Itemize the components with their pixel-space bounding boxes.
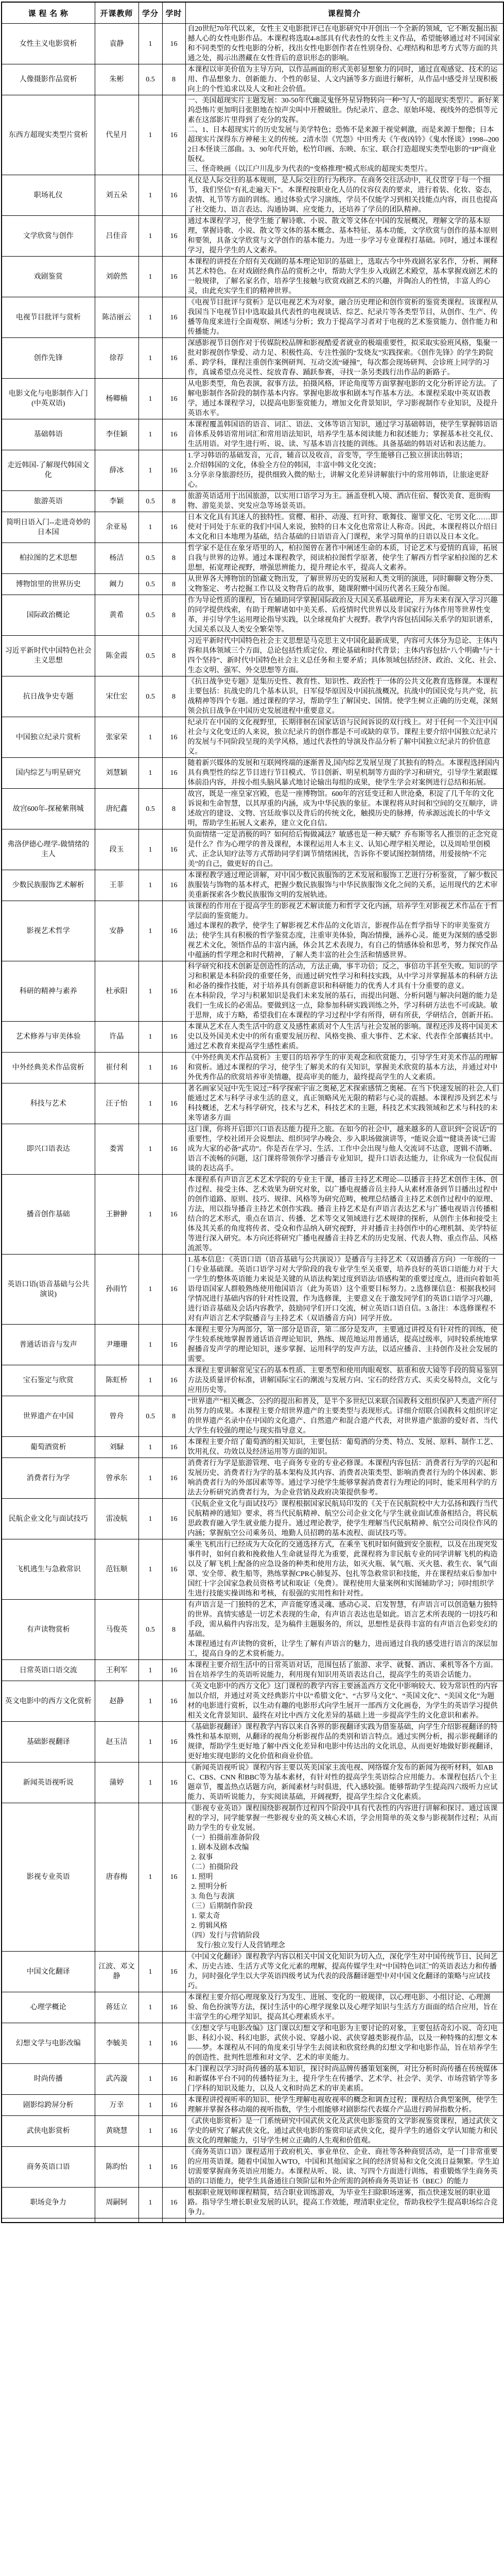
description-cell: 从世界各大博物馆的馆藏文物出发，了解世界历史的发展和人类文明的演进，同时聊聊文物… xyxy=(185,574,503,595)
teacher-cell: 汪子怡 xyxy=(95,1083,138,1124)
hours-cell: 16 xyxy=(162,2064,185,2095)
hours-cell: 16 xyxy=(162,2023,185,2064)
credits-cell: 1 xyxy=(138,961,162,1022)
course-name-cell: 电视节目批评与赏析 xyxy=(2,297,95,338)
credits-cell: 1 xyxy=(138,512,162,543)
teacher-cell: 刘騄 xyxy=(95,1437,138,1458)
hours-cell: 16 xyxy=(162,2147,185,2188)
course-catalog-page: 课 程 名 称 开课教师 学分 学时 课程简介 女性主义电影赏析袁静116自20… xyxy=(0,2,504,2223)
credits-cell: 0.5 xyxy=(138,676,162,717)
course-name-cell: 简明日语入门--走进奇妙的日本国 xyxy=(2,512,95,543)
course-row: 职场礼仪刘五朵116礼仪是人际交往的基本规则，是人际交往的行为秩序。在商务交往活… xyxy=(2,175,503,216)
course-name-cell: 基础韩语 xyxy=(2,419,95,450)
course-name-cell: 人像摄影作品赏析 xyxy=(2,64,95,95)
course-row: 中国文化翻译江波、邓文静116《中国文化翻译》课程教学内容以相关中国文化知识为切… xyxy=(2,1952,503,1992)
hours-cell: 8 xyxy=(162,1600,185,1660)
credits-cell: 1 xyxy=(138,1952,162,1992)
teacher-cell: 赵玉洁 xyxy=(95,1722,138,1762)
hours-cell: 16 xyxy=(162,1437,185,1458)
course-name-cell: 英文电影中的西方文化赏析 xyxy=(2,1681,95,1722)
teacher-cell: 刘五朵 xyxy=(95,175,138,216)
course-name-cell: 东西方超现实类型片赏析 xyxy=(2,95,95,175)
description-cell: 故宫，既是一座皇家宫殿，也是一座博物馆。600年的宫廷变迁和人世沧桑，积淀了几千… xyxy=(185,789,503,829)
course-name-cell: 商务英语口语 xyxy=(2,2147,95,2188)
description-cell: 从电影类型，角色表演，叙事方法，拍摄风格，评论角度等方面掌握电影的文化分析评论方… xyxy=(185,379,503,419)
course-name-cell: 英语口语(语音基础与公共演说) xyxy=(2,1255,95,1325)
description-cell: 《电视节目批评与赏析》是以电视艺术为对象，融合历史理论和创作赏析的鉴赏类课程。该… xyxy=(185,297,503,338)
course-name-cell: 飞机逃生与急救常识 xyxy=(2,1539,95,1600)
hours-cell: 16 xyxy=(162,1053,185,1083)
description-cell: 《影视专业英语》课程围绕影视制作过程四个阶段中具有代表性的内容进行讲解和探讨。通… xyxy=(185,1803,503,1952)
hours-cell: 16 xyxy=(162,512,185,543)
description-cell: 根据职业规划师课程精简，结合职业训练游戏，为毕业生扫除职场迷雾，指点快速发展的职… xyxy=(185,2188,503,2218)
course-name-cell: 走近韩国-了解现代韩国文化 xyxy=(2,450,95,491)
description-cell: 礼仪是人际交往的基本规则，是人际交往的行为秩序。在商务交往活动中，礼仪贯穿于每一… xyxy=(185,175,503,216)
course-row: 柏拉图的艺术思想杨洁0.58哲学家不是住在象牙塔里的人，柏拉图曾在著作中阐述生命… xyxy=(2,543,503,574)
course-name-cell: 科研的精神与素养 xyxy=(2,961,95,1022)
course-row: 消费者行为学曾承东116消费者行为学是旅游管理、电子商务专业的专业必修课。本课程… xyxy=(2,1458,503,1499)
course-row: 葡萄酒赏析刘騄116本课程主要介绍了葡萄酒的相关知识，主要包括：葡萄酒的分类、特… xyxy=(2,1437,503,1458)
hours-cell: 16 xyxy=(162,1539,185,1600)
credits-cell: 1 xyxy=(138,1803,162,1952)
hours-cell: 16 xyxy=(162,829,185,870)
teacher-cell: 尹珊珊 xyxy=(95,1325,138,1365)
course-name-cell: 普通话语音与发声 xyxy=(2,1325,95,1365)
credits-cell: 1 xyxy=(138,1437,162,1458)
course-name-cell: 基础影视翻译 xyxy=(2,1722,95,1762)
hours-cell: 16 xyxy=(162,961,185,1022)
course-row: 基础影视翻译赵玉洁116《基础影视翻译》课程教学内容以来自各界的影视翻译实践为借… xyxy=(2,1722,503,1762)
teacher-cell: 薛冰 xyxy=(95,450,138,491)
credits-cell: 0.5 xyxy=(138,1600,162,1660)
hours-cell: 8 xyxy=(162,543,185,574)
credits-cell: 1 xyxy=(138,1992,162,2023)
teacher-cell: 陈昀怡 xyxy=(95,2147,138,2188)
course-row: 习近平新时代中国特色社会主义思想陈金霞0.58习近平新时代中国特色社会主义思想是… xyxy=(2,636,503,676)
credits-cell: 1 xyxy=(138,1762,162,1803)
header-teacher: 开课教师 xyxy=(95,2,138,24)
credits-cell: 1 xyxy=(138,257,162,297)
course-row: 影视艺术哲学安静116该课程的作用在于提高学生的影视艺术解读能力和哲学文化内涵，… xyxy=(2,901,503,961)
teacher-cell: 王利军 xyxy=(95,1660,138,1681)
credits-cell: 1 xyxy=(138,758,162,789)
credits-cell: 1 xyxy=(138,1124,162,1175)
description-cell: 《商务英语口语》课程适用于政府机关、事业单位、企业、商社等各种商贸活动，是一门非… xyxy=(185,2147,503,2188)
course-name-cell: 艺术修养与审美体验 xyxy=(2,1022,95,1053)
teacher-cell: 曾承东 xyxy=(95,1458,138,1499)
credits-cell: 1 xyxy=(138,717,162,758)
description-cell: 本课程系有声语言艺术艺术学院的专业主干课，播音主持艺术理论—以播音主持艺术创作主… xyxy=(185,1175,503,1255)
hours-cell: 8 xyxy=(162,595,185,636)
course-row: 电视节目批评与赏析陈洁丽云116《电视节目批评与赏析》是以电视艺术为对象，融合历… xyxy=(2,297,503,338)
description-cell: 科学研究和技术创新是创造性的活动，方法正确，事半功倍；反之，事倍功半甚至失败。知… xyxy=(185,961,503,1022)
description-cell: 本课程的讲授在介绍有关戏剧的基本理论知识的基础上，选取古今中外戏剧名家名作，分析… xyxy=(185,257,503,297)
hours-cell: 16 xyxy=(162,1365,185,1396)
course-row: 心理学概论蒋廷立116本课程主要介绍心理现象及行为发生、进展、变化的一般规律，以… xyxy=(2,1992,503,2023)
hours-cell: 16 xyxy=(162,1803,185,1952)
credits-cell: 1 xyxy=(138,2064,162,2095)
course-name-cell: 戏剧鉴赏 xyxy=(2,257,95,297)
credits-cell: 1 xyxy=(138,2116,162,2147)
hours-cell: 16 xyxy=(162,175,185,216)
teacher-cell: 宋仕宏 xyxy=(95,676,138,717)
teacher-cell: 陈虹桥 xyxy=(95,1365,138,1396)
course-row: 世界遗产在中国曾舟0.58“世界遗产”相关概念、公约的提出和普及，是半个多世纪以… xyxy=(2,1396,503,1437)
course-row: 民航企业文化与面试技巧雷凌航116《民航企业文化与面试技巧》课程根据国家民航局印… xyxy=(2,1499,503,1539)
description-cell: 本课程主要讲解常见宝石的基本性质、主要类型和使用肉眼观察、掂重和放大镜等手段的简… xyxy=(185,1365,503,1396)
description-cell: 有声语言是一门独特的艺术，声音能穿透灵魂、感动心灵、启发智慧，有声语言可以创造魅… xyxy=(185,1600,503,1660)
hours-cell: 8 xyxy=(162,789,185,829)
teacher-cell: 唐纪鑫 xyxy=(95,789,138,829)
course-name-cell: 心理学概论 xyxy=(2,1992,95,2023)
course-row: 人像摄影作品赏析朱彬0.58本课程以审美价值为主导方向，以作品画面的形式美彰显想… xyxy=(2,64,503,95)
teacher-cell: 万幸 xyxy=(95,2095,138,2116)
hours-cell: 8 xyxy=(162,636,185,676)
description-cell: 本课程主要介绍了葡萄酒的相关知识，主要包括：葡萄酒的分类、特点、发展、原料、制作… xyxy=(185,1437,503,1458)
hours-cell: 16 xyxy=(162,257,185,297)
description-cell: 乘坐飞机出行已经成为大众化的交通选择方式，在乘坐飞机时如何做到安全旅程，以及在出… xyxy=(185,1539,503,1600)
teacher-cell: 余亚易 xyxy=(95,512,138,543)
teacher-cell: 杨卿楠 xyxy=(95,379,138,419)
course-row: 日常英语口语交流王利军116本课程主要介绍生活中的日常英语对话，范围包括了旅游、… xyxy=(2,1660,503,1681)
description-cell: 作为导论性质的课程，旨在辅助同学掌握国际政治及大国关系基础理论，并为未来有深入学… xyxy=(185,595,503,636)
course-name-cell: 博物馆里的世界历史 xyxy=(2,574,95,595)
hours-cell: 16 xyxy=(162,2095,185,2116)
course-row: 有声读物赏析马俊英0.58有声语言是一门独特的艺术，声音能穿透灵魂、感动心灵、启… xyxy=(2,1600,503,1660)
course-row: 宝石鉴定与欣赏陈虹桥116本课程主要讲解常见宝石的基本性质、主要类型和使用肉眼观… xyxy=(2,1365,503,1396)
course-name-cell: 影视专业英语 xyxy=(2,1803,95,1952)
hours-cell: 16 xyxy=(162,870,185,901)
credits-cell: 1 xyxy=(138,1083,162,1124)
hours-cell: 16 xyxy=(162,450,185,491)
empty-cell xyxy=(138,2218,162,2223)
course-row: 抗日战争史专题宋仕宏0.58《抗日战争史专题》是集历史性、教育性、知识性、政治性… xyxy=(2,676,503,717)
course-name-cell: 即兴口语表达 xyxy=(2,1124,95,1175)
credits-cell: 1 xyxy=(138,1722,162,1762)
course-row: 英文电影中的西方文化赏析赵静116《英文电影中的西方文化》这门课程的教学内容主要… xyxy=(2,1681,503,1722)
hours-cell: 16 xyxy=(162,338,185,379)
credits-cell: 0.5 xyxy=(138,1396,162,1437)
header-credits: 学分 xyxy=(138,2,162,24)
hours-cell: 16 xyxy=(162,379,185,419)
hours-cell: 16 xyxy=(162,1255,185,1325)
teacher-cell: 唐春梅 xyxy=(95,1803,138,1952)
credits-cell: 0.5 xyxy=(138,491,162,512)
teacher-cell: 刘慧颖 xyxy=(95,758,138,789)
empty-cell xyxy=(185,2218,503,2223)
header-course-name: 课 程 名 称 xyxy=(2,2,95,24)
teacher-cell: 杜承阳 xyxy=(95,961,138,1022)
credits-cell: 1 xyxy=(138,419,162,450)
credits-cell: 1 xyxy=(138,175,162,216)
course-name-cell: 有声读物赏析 xyxy=(2,1600,95,1660)
description-cell: 本课程教学通过理论讲解，对中国少数民族服饰的艺术发展和服饰工艺进行分析鉴赏，了解… xyxy=(185,870,503,901)
teacher-cell: 周嗣轲 xyxy=(95,2188,138,2218)
credits-cell: 1 xyxy=(138,450,162,491)
description-cell: 《基础影视翻译》课程教学内容以来自各界的影视翻译实践为借鉴基础，向学生介绍影视翻… xyxy=(185,1722,503,1762)
empty-cell xyxy=(2,2218,95,2223)
course-row: 艺术修养与审美体验许晶116本课从艺术在人类生活中的意义及感性素质对个人生活与社… xyxy=(2,1022,503,1053)
teacher-cell: 范钰顺 xyxy=(95,1539,138,1600)
teacher-cell: 江波、邓文静 xyxy=(95,1952,138,1992)
hours-cell: 16 xyxy=(162,1762,185,1803)
credits-cell: 1 xyxy=(138,1365,162,1396)
course-name-cell: 抗日战争史专题 xyxy=(2,676,95,717)
course-row: 中外经典美术作品赏析崔付利116《中外经典美术作品赏析》主要目的培养学生的审美观… xyxy=(2,1053,503,1083)
course-name-cell: 宝石鉴定与欣赏 xyxy=(2,1365,95,1396)
course-name-cell: 中外经典美术作品赏析 xyxy=(2,1053,95,1083)
teacher-cell: 孙雨竹 xyxy=(95,1255,138,1325)
hours-cell: 16 xyxy=(162,717,185,758)
teacher-cell: 雷凌航 xyxy=(95,1499,138,1539)
course-row: 简明日语入门--走进奇妙的日本国余亚易116日本文化具有其迷人的独特性。赏樱、相… xyxy=(2,512,503,543)
header-description: 课程简介 xyxy=(185,2,503,24)
description-cell: 习近平新时代中国特色社会主义思想是马克思主义中国化最新成果，内容可大体分为总论、… xyxy=(185,636,503,676)
description-cell: 本课程以审美价值为主导方向，以作品画面的形式美彰显想象力的同时，通过直观感觉、技… xyxy=(185,64,503,95)
teacher-cell: 陈洁丽云 xyxy=(95,297,138,338)
partial-next-row xyxy=(2,2218,503,2223)
description-cell: 哲学家不是住在象牙塔里的人，柏拉图曾在著作中阐述生命的本质，讨论艺术与爱情的真谛… xyxy=(185,543,503,574)
description-cell: 本课程主要分为两部分，第一部分是语音，第二部分是发声，主要通过讲授及有针对性的训… xyxy=(185,1325,503,1365)
description-cell: 《英文电影中的西方文化》这门课程的教学内容主要涵盖西方文化中影响较大、较为常识性… xyxy=(185,1681,503,1722)
course-row: 国际政治概论黄希0.58作为导论性质的课程，旨在辅助同学掌握国际政治及大国关系基… xyxy=(2,595,503,636)
teacher-cell: 代星月 xyxy=(95,95,138,175)
hours-cell: 16 xyxy=(162,758,185,789)
credits-cell: 1 xyxy=(138,901,162,961)
credits-cell: 1 xyxy=(138,216,162,257)
course-row: 中国独立纪录片赏析张家荣116纪录片在中国的文化视野里，长期徘徊在国家话语与民间… xyxy=(2,717,503,758)
hours-cell: 8 xyxy=(162,1396,185,1437)
course-row: 女性主义电影赏析袁静116自20世纪70年代以来，女性主义电影批评已在电影研究中… xyxy=(2,24,503,64)
hours-cell: 16 xyxy=(162,216,185,257)
description-cell: “世界遗产”相关概念、公约的提出和普及，是半个多世纪以来联合国教科文组织保护人类… xyxy=(185,1396,503,1437)
hours-cell: 8 xyxy=(162,574,185,595)
empty-cell xyxy=(162,2218,185,2223)
course-name-cell: 日常英语口语交流 xyxy=(2,1660,95,1681)
course-row: 武侠电影赏析黄晓慧116《武侠电影赏析》是一门系统研究中国武侠文化及武侠电影鉴赏… xyxy=(2,2116,503,2147)
course-name-cell: 女性主义电影赏析 xyxy=(2,24,95,64)
course-row: 科技与艺术汪子怡116著名画家吴冠中先生说过:“科学探索宇宙之奥秘,艺术探索感情… xyxy=(2,1083,503,1124)
credits-cell: 1 xyxy=(138,95,162,175)
hours-cell: 8 xyxy=(162,676,185,717)
course-name-cell: 播音创作基础 xyxy=(2,1175,95,1255)
credits-cell: 1 xyxy=(138,1539,162,1600)
hours-cell: 16 xyxy=(162,1458,185,1499)
course-name-cell: 影视艺术哲学 xyxy=(2,901,95,961)
credits-cell: 0.5 xyxy=(138,574,162,595)
course-row: 普通话语音与发声尹珊珊116本课程主要分为两部分，第一部分是语音，第二部分是发声… xyxy=(2,1325,503,1365)
header-row: 课 程 名 称 开课教师 学分 学时 课程简介 xyxy=(2,2,503,24)
description-cell: 《抗日战争史专题》是集历史性、教育性、知识性、政治性于一体的公共文化教育选修课。… xyxy=(185,676,503,717)
credits-cell: 0.5 xyxy=(138,543,162,574)
course-name-cell: 世界遗产在中国 xyxy=(2,1396,95,1437)
description-cell: 1.基本信息：《英语口语（语音基础与公共演说）》是播音与主持艺术（双语播音方向）… xyxy=(185,1255,503,1325)
teacher-cell: 张家荣 xyxy=(95,717,138,758)
description-cell: 1.学习韩语的基础发音，元音，辅音以及收音，音变等，学生能够自己独立拼读出韩语；… xyxy=(185,450,503,491)
teacher-cell: 赵静 xyxy=(95,1681,138,1722)
description-cell: 《新闻英语视听说》课程内容主要以英美国家主流电视、网络媒介发布的新闻为视听材料，… xyxy=(185,1762,503,1803)
hours-cell: 16 xyxy=(162,1499,185,1539)
credits-cell: 1 xyxy=(138,297,162,338)
credits-cell: 1 xyxy=(138,1255,162,1325)
teacher-cell: 陈金霞 xyxy=(95,636,138,676)
description-cell: 《武侠电影赏析》是一门系统研究中国武侠文化及武侠电影鉴赏的文学影视鉴赏课程，通过… xyxy=(185,2116,503,2147)
hours-cell: 16 xyxy=(162,1952,185,1992)
hours-cell: 16 xyxy=(162,95,185,175)
course-name-cell: 中国文化翻译 xyxy=(2,1952,95,1992)
course-name-cell: 消费者行为学 xyxy=(2,1458,95,1499)
course-name-cell: 电影文化与电影制作入门(中英双语) xyxy=(2,379,95,419)
description-cell: 《中外经典美术作品赏析》主要目的培养学生的审美观念和欣赏能力，引导学生对美术作品… xyxy=(185,1053,503,1083)
description-cell: 著名画家吴冠中先生说过:“科学探索宇宙之奥秘,艺术探索感情之奥秘。在当下快速发展… xyxy=(185,1083,503,1124)
course-row: 即兴口语表达娄霄116这门课，你将开启即兴口语表达能力提升之旅。在如今的社会中，… xyxy=(2,1124,503,1175)
course-row: 剧影综跨屏分析万幸116本课程讲授视听率的知识、使学生理解电视收视率的概念和调查… xyxy=(2,2095,503,2116)
course-row: 文学欣赏与创作吕佳音116通过本课程学习，使学生能了解诗歌、小说、散文等文体在中… xyxy=(2,216,503,257)
teacher-cell: 许晶 xyxy=(95,1022,138,1053)
credits-cell: 1 xyxy=(138,1499,162,1539)
hours-cell: 16 xyxy=(162,1660,185,1681)
teacher-cell: 阚力 xyxy=(95,574,138,595)
teacher-cell: 王翀翀 xyxy=(95,1175,138,1255)
hours-cell: 16 xyxy=(162,419,185,450)
credits-cell: 1 xyxy=(138,2095,162,2116)
course-row: 新闻英语视听说蒲婷116《新闻英语视听说》课程内容主要以英美国家主流电视、网络媒… xyxy=(2,1762,503,1803)
teacher-cell: 杨洁 xyxy=(95,543,138,574)
description-cell: 通过本课程学习，使学生能了解诗歌、小说、散文等文体在中国的发展概况，理解文学的基… xyxy=(185,216,503,257)
teacher-cell: 吕佳音 xyxy=(95,216,138,257)
credits-cell: 0.5 xyxy=(138,636,162,676)
credits-cell: 1 xyxy=(138,338,162,379)
hours-cell: 16 xyxy=(162,1992,185,2023)
course-row: 商务英语口语陈昀怡116《商务英语口语》课程适用于政府机关、事业单位、企业、商社… xyxy=(2,2147,503,2188)
course-name-cell: 职场礼仪 xyxy=(2,175,95,216)
teacher-cell: 娄霄 xyxy=(95,1124,138,1175)
teacher-cell: 李毓美 xyxy=(95,2023,138,2064)
hours-cell: 16 xyxy=(162,1124,185,1175)
credits-cell: 1 xyxy=(138,1053,162,1083)
course-row: 旅游英语李颖0.58旅游英语适用于出国旅游，以实用口语学习为主。涵盖登机入境、酒… xyxy=(2,491,503,512)
teacher-cell: 武芮漩 xyxy=(95,2064,138,2095)
description-cell: 本门课程以学习时尚传播的基本知识，探讨时尚品牌传播策划案例，对比分析时尚传播在传… xyxy=(185,2064,503,2095)
hours-cell: 8 xyxy=(162,491,185,512)
course-name-cell: 新闻英语视听说 xyxy=(2,1762,95,1803)
course-row: 播音创作基础王翀翀116本课程系有声语言艺术艺术学院的专业主干课，播音主持艺术理… xyxy=(2,1175,503,1255)
credits-cell: 1 xyxy=(138,1022,162,1053)
teacher-cell: 安静 xyxy=(95,901,138,961)
hours-cell: 16 xyxy=(162,1175,185,1255)
course-table: 课 程 名 称 开课教师 学分 学时 课程简介 女性主义电影赏析袁静116自20… xyxy=(1,2,504,2223)
course-name-cell: 文学欣赏与创作 xyxy=(2,216,95,257)
credits-cell: 1 xyxy=(138,1175,162,1255)
description-cell: 《幻想文学与电影改编》这门课以幻想文学和电影为主要讨论的对象，主要包括奇幻小说、… xyxy=(185,2023,503,2064)
hours-cell: 16 xyxy=(162,2116,185,2147)
credits-cell: 0.5 xyxy=(138,595,162,636)
table-header: 课 程 名 称 开课教师 学分 学时 课程简介 xyxy=(2,2,503,24)
hours-cell: 16 xyxy=(162,1083,185,1124)
course-row: 科研的精神与素养杜承阳116科学研究和技术创新是创造性的活动，方法正确，事半功倍… xyxy=(2,961,503,1022)
teacher-cell: 曾舟 xyxy=(95,1396,138,1437)
description-cell: 本课程覆盖韩国语的语音、词汇、语法、文体等语言知识，通过学习基础韩语，使学生掌握… xyxy=(185,419,503,450)
course-row: 基础韩语李佳颖116本课程覆盖韩国语的语音、词汇、语法、文体等语言知识，通过学习… xyxy=(2,419,503,450)
course-row: 幻想文学与电影改编李毓美116《幻想文学与电影改编》这门课以幻想文学和电影为主要… xyxy=(2,2023,503,2064)
course-row: 故宫600年-探秘紫荆城唐纪鑫0.58故宫，既是一座皇家宫殿，也是一座博物馆。6… xyxy=(2,789,503,829)
hours-cell: 16 xyxy=(162,24,185,64)
course-row: 国内综艺与明星研究刘慧颖116随着新兴媒体的发展和互联网终端的逐渐普及,国内综艺… xyxy=(2,758,503,789)
teacher-cell: 李佳颖 xyxy=(95,419,138,450)
course-name-cell: 中国独立纪录片赏析 xyxy=(2,717,95,758)
course-name-cell: 旅游英语 xyxy=(2,491,95,512)
course-row: 博物馆里的世界历史阚力0.58从世界各大博物馆的馆藏文物出发，了解世界历史的发展… xyxy=(2,574,503,595)
description-cell: 自20世纪70年代以来，女性主义电影批评已在电影研究中开创出一个全新的领域，它不… xyxy=(185,24,503,64)
course-name-cell: 葡萄酒赏析 xyxy=(2,1437,95,1458)
course-row: 影视专业英语唐春梅116《影视专业英语》课程围绕影视制作过程四个阶段中具有代表性… xyxy=(2,1803,503,1952)
hours-cell: 16 xyxy=(162,1722,185,1762)
course-name-cell: 职场竞争力 xyxy=(2,2188,95,2218)
teacher-cell: 崔付利 xyxy=(95,1053,138,1083)
teacher-cell: 王菲 xyxy=(95,870,138,901)
course-name-cell: 幻想文学与电影改编 xyxy=(2,2023,95,2064)
course-row: 戏剧鉴赏刘蔚然116本课程的讲授在介绍有关戏剧的基本理论知识的基础上，选取古今中… xyxy=(2,257,503,297)
teacher-cell: 蒲婷 xyxy=(95,1762,138,1803)
description-cell: 消费者行为学是旅游管理、电子商务专业的专业必修课。本课程内容包括：消费者行为学的… xyxy=(185,1458,503,1499)
course-row: 少数民族服饰艺术解析王菲116本课程教学通过理论讲解，对中国少数民族服饰的艺术发… xyxy=(2,870,503,901)
course-name-cell: 武侠电影赏析 xyxy=(2,2116,95,2147)
teacher-cell: 刘蔚然 xyxy=(95,257,138,297)
description-cell: 本课程主要介绍生活中的日常英语对话，范围包括了旅游、求学、就餐、酒店、乘机等各个… xyxy=(185,1660,503,1681)
teacher-cell: 袁静 xyxy=(95,24,138,64)
hours-cell: 8 xyxy=(162,64,185,95)
description-cell: 本课从艺术在人类生活中的意义及感性素质对个人生活与社会发展的影响。课程还涉及将中… xyxy=(185,1022,503,1053)
credits-cell: 1 xyxy=(138,379,162,419)
hours-cell: 16 xyxy=(162,2188,185,2218)
course-row: 走近韩国-了解现代韩国文化薛冰1161.学习韩语的基础发音，元音，辅音以及收音，… xyxy=(2,450,503,491)
credits-cell: 1 xyxy=(138,870,162,901)
course-row: 英语口语(语音基础与公共演说)孙雨竹1161.基本信息：《英语口语（语音基础与公… xyxy=(2,1255,503,1325)
teacher-cell: 李颖 xyxy=(95,491,138,512)
course-name-cell: 国际政治概论 xyxy=(2,595,95,636)
credits-cell: 1 xyxy=(138,829,162,870)
teacher-cell: 徐荐 xyxy=(95,338,138,379)
description-cell: 负面情绪一定是消极的吗？如何给后悔做减法？敏感也是一种天赋？乔布斯等名人推崇的正… xyxy=(185,829,503,870)
description-cell: 纪录片在中国的文化视野里，长期徘徊在国家话语与民间诉说的双行线上。对于任何一个关… xyxy=(185,717,503,758)
course-name-cell: 国内综艺与明星研究 xyxy=(2,758,95,789)
description-cell: 该课程的作用在于提高学生的影视艺术解读能力和哲学文化内涵，培养学生对影视艺术作品… xyxy=(185,901,503,961)
credits-cell: 1 xyxy=(138,1325,162,1365)
course-name-cell: 柏拉图的艺术思想 xyxy=(2,543,95,574)
teacher-cell: 段玉 xyxy=(95,829,138,870)
course-row: 创作先锋徐荐116深感影视节目创作对于传媒院校品牌和影视酷爱者就业的极端重要性，… xyxy=(2,338,503,379)
credits-cell: 1 xyxy=(138,2023,162,2064)
description-cell: 旅游英语适用于出国旅游，以实用口语学习为主。涵盖登机入境、酒店住宿、餐饮美食、逛… xyxy=(185,491,503,512)
credits-cell: 1 xyxy=(138,1660,162,1681)
course-name-cell: 民航企业文化与面试技巧 xyxy=(2,1499,95,1539)
credits-cell: 0.5 xyxy=(138,64,162,95)
description-cell: 日本文化具有其迷人的独特性。赏樱、相扑、动漫、红叶狩、歌舞伎、谢罪文化、宅男文化… xyxy=(185,512,503,543)
course-row: 弗洛伊德心理学-做情绪的主人段玉116负面情绪一定是消极的吗？如何给后悔做减法？… xyxy=(2,829,503,870)
hours-cell: 16 xyxy=(162,1022,185,1053)
credits-cell: 1 xyxy=(138,24,162,64)
description-cell: 深感影视节目创作对于传媒院校品牌和影视酷爱者就业的极端重要性，拟采取实验班风格，… xyxy=(185,338,503,379)
teacher-cell: 黄希 xyxy=(95,595,138,636)
credits-cell: 0.5 xyxy=(138,789,162,829)
description-cell: 随着新兴媒体的发展和互联网终端的逐渐普及,国内综艺发展呈现了其独有的特点。本课程… xyxy=(185,758,503,789)
hours-cell: 16 xyxy=(162,1681,185,1722)
hours-cell: 16 xyxy=(162,1325,185,1365)
description-cell: 《民航企业文化与面试技巧》课程根据国家民航局印发的《关于在民航院校中大力弘扬和践… xyxy=(185,1499,503,1539)
teacher-cell: 朱彬 xyxy=(95,64,138,95)
teacher-cell: 马俊英 xyxy=(95,1600,138,1660)
description-cell: 一、美国超现实片主题发展：30-50年代幽灵鬼怪外星异物转向一种“写人”的超现实… xyxy=(185,95,503,175)
